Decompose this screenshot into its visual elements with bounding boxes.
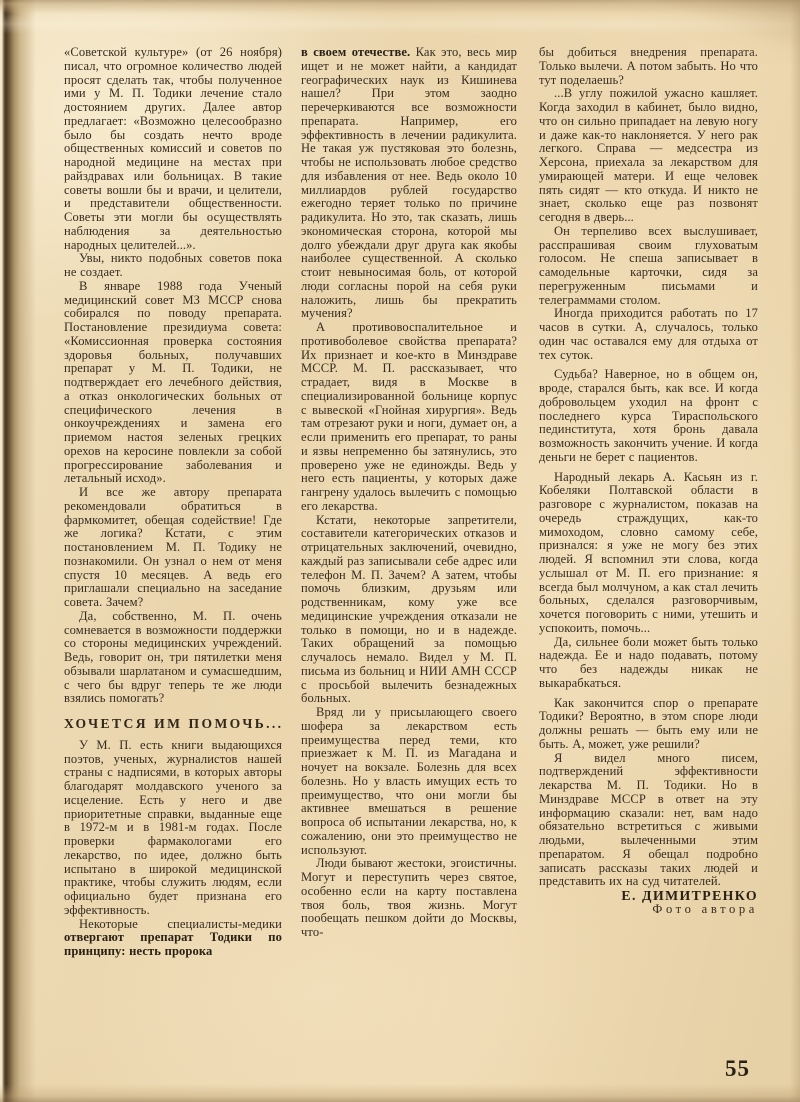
article-paragraph: Иногда приходится работать по 17 часов в… [539,307,758,362]
article-paragraph: ...В углу пожилой ужасно кашляет. Когда … [539,87,758,225]
article-paragraph: в своем отечестве. Как это, весь мир ище… [301,46,517,321]
article-paragraph: Да, сильнее боли может быть только надеж… [539,636,758,691]
photo-credit: Фото автора [539,903,758,917]
article-paragraph: И все же автору препарата рекомендовали … [64,486,282,610]
article-paragraph: Я видел много писем, подтверждений эффек… [539,752,758,890]
article-paragraph: Увы, никто подобных советов пока не созд… [64,252,282,280]
article-paragraph: Да, собственно, М. П. очень сомневается … [64,610,282,706]
article-paragraph: У М. П. есть книги выдающихся поэтов, уч… [64,739,282,918]
left-page-edge-shadow [0,0,36,1102]
paragraph-continuation-text: Как это, весь мир ищет и не может найти,… [301,45,517,320]
article-paragraph: Судьба? Наверное, но в общем он, вроде, … [539,368,758,464]
bottom-page-edge-shadow [0,1084,800,1102]
author-byline: Е. ДИМИТРЕНКО [539,889,758,903]
emphasized-text: в своем отечестве. [301,45,410,59]
article-paragraph: А противовоспалительное и противоболевое… [301,321,517,514]
page-number: 55 [725,1056,750,1082]
article-column-3: бы добиться внедрения препарата. Только … [539,46,758,917]
emphasized-text: отвергают препарат Тодики по принципу: н… [64,930,282,958]
article-paragraph: Некоторые специалисты-медики отвергают п… [64,918,282,959]
article-paragraph: Народный лекарь А. Касьян из г. Кобеляки… [539,471,758,636]
article-column-1: «Советской культуре» (от 26 ноября) писа… [64,46,282,959]
article-column-2: в своем отечестве. Как это, весь мир ище… [301,46,517,940]
article-paragraph: Как закончится спор о препарате Тодики? … [539,697,758,752]
article-paragraph: Он терпеливо всех выслушивает, расспраши… [539,225,758,308]
right-page-edge-shadow [790,0,800,1102]
article-paragraph: Кстати, некоторые запретители, составите… [301,514,517,707]
top-page-edge-shadow [0,0,800,34]
article-paragraph: бы добиться внедрения препарата. Только … [539,46,758,87]
article-paragraph: Люди бывают жестоки, эгоистичны. Могут и… [301,857,517,940]
article-paragraph: В январе 1988 года Ученый медицинский со… [64,280,282,486]
paragraph-lead-text: Некоторые специалисты-медики [79,917,282,931]
article-paragraph: «Советской культуре» (от 26 ноября) писа… [64,46,282,252]
section-heading: ХОЧЕТСЯ ИМ ПОМОЧЬ... [64,717,282,731]
article-paragraph: Вряд ли у присылающего своего шофера за … [301,706,517,857]
magazine-page: «Советской культуре» (от 26 ноября) писа… [0,0,800,1102]
